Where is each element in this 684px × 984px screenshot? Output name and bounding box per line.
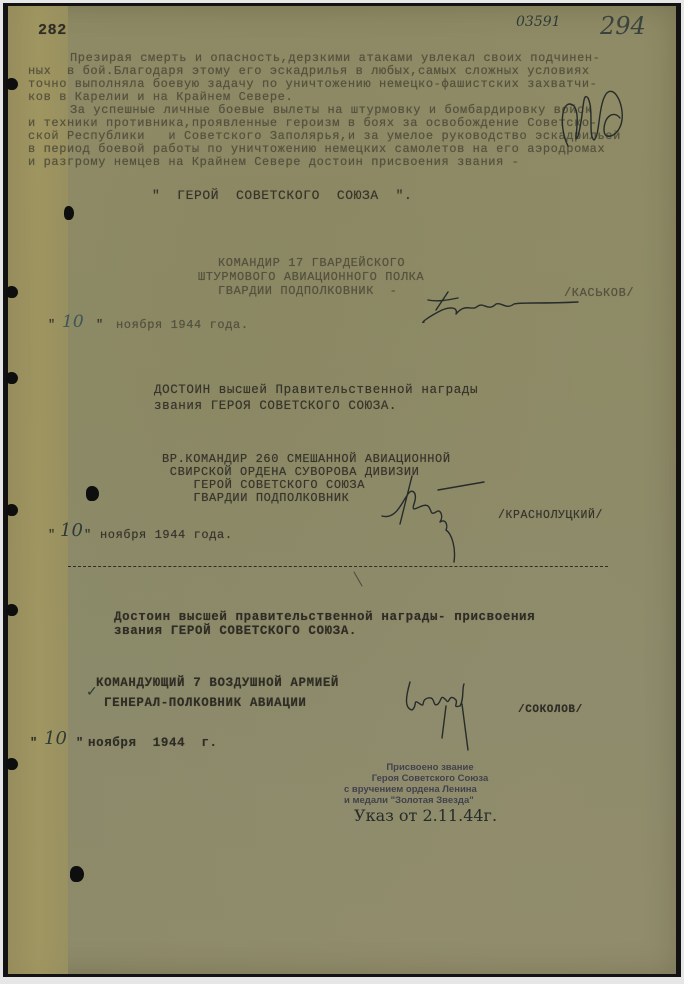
date-3-day: 10 [44, 728, 67, 749]
citation-line: и техники противника,проявленные героизм… [28, 116, 598, 130]
award-stamp-line: и медали "Золотая Звезда" [344, 795, 518, 806]
date-1-rest: ноября 1944 года. [116, 318, 249, 332]
recommendation-2-line: звания ГЕРОЯ СОВЕТСКОГО СОЮЗА. [154, 399, 397, 413]
handwritten-mark-icon [548, 76, 648, 156]
date-2-rest: ноября 1944 года. [100, 528, 233, 542]
separator-line [68, 566, 608, 567]
signature-sokolov [402, 678, 492, 754]
signature-block-3-line: КОМАНДУЮЩИЙ 7 ВОЗДУШНОЙ АРМИЕЙ [96, 676, 339, 690]
recommendation-3-line: звания ГЕРОЙ СОВЕТСКОГО СОЮЗА. [114, 624, 357, 638]
signature-block-3-line: ГЕНЕРАЛ-ПОЛКОВНИК АВИАЦИИ [104, 696, 307, 710]
signature-block-1-line: ШТУРМОВОГО АВИАЦИОННОГО ПОЛКА [198, 270, 424, 284]
citation-line: За успешные личные боевые вылеты на штур… [70, 103, 593, 117]
archive-number: 03591 [516, 14, 561, 30]
citation-line: ской Республики и Советского Заполярья,и… [28, 129, 621, 143]
binding-hole [6, 604, 18, 616]
date-3-quote: " [30, 736, 38, 750]
signature-block-2-name: /КРАСНОЛУЦКИЙ/ [498, 509, 603, 522]
date-3-quote: " [76, 736, 84, 750]
date-1-day: 10 [62, 312, 84, 332]
signature-block-2-line: ВР.КОМАНДИР 260 СМЕШАННОЙ АВИАЦИОННОЙ [162, 452, 451, 466]
binding-hole [86, 486, 99, 501]
binding-hole [6, 286, 18, 298]
citation-line: ных в бой.Благодаря этому его эскадрилья… [28, 64, 590, 78]
signature-block-2-line: ГЕРОЙ СОВЕТСКОГО СОЮЗА [170, 478, 365, 492]
signature-krasnolutsky [378, 472, 488, 568]
binding-hole [6, 372, 18, 384]
binding-hole [70, 866, 84, 882]
pencil-tick-mark [352, 570, 366, 590]
signature-kaskov [418, 288, 588, 328]
citation-line: точно выполняла боевую задачу по уничтож… [28, 77, 598, 91]
citation-line: и разгрому немцев на Крайнем Севере дост… [28, 155, 519, 169]
recommendation-3-line: Достоин высшей правительственной награды… [114, 610, 535, 624]
citation-line: в период боевой работы по уничтожению не… [28, 142, 605, 156]
date-2-quote: " [84, 528, 92, 542]
citation-line: ков в Карелии и на Крайнем Севере. [28, 90, 293, 104]
handwritten-decree: Указ от 2.11.44г. [354, 806, 497, 825]
binding-hole [6, 504, 18, 516]
citation-line: Презирая смерть и опасность,дерзкими ата… [70, 51, 600, 65]
check-mark: ✓ [86, 684, 98, 700]
date-2-quote: " [48, 528, 56, 542]
date-3-rest: ноября 1944 г. [88, 736, 218, 750]
date-2-day: 10 [60, 520, 83, 541]
typed-page-number: 282 [38, 22, 67, 39]
scan-frame: 282 03591 294 Презирая смерть и опасност… [0, 0, 684, 984]
date-1-quote: " [96, 318, 104, 332]
recommendation-2-line: ДОСТОИН высшей Правительственной награды [154, 383, 478, 397]
signature-block-2-line: ГВАРДИИ ПОДПОЛКОВНИК [170, 491, 349, 505]
hero-title-1: " ГЕРОЙ СОВЕТСКОГО СОЮЗА ". [152, 188, 412, 203]
date-1-quote: " [48, 318, 56, 332]
binding-hole [6, 78, 18, 90]
signature-block-1-line: КОМАНДИР 17 ГВАРДЕЙСКОГО [218, 256, 405, 270]
document-page: 282 03591 294 Презирая смерть и опасност… [8, 6, 676, 974]
signature-block-1-line: ГВАРДИИ ПОДПОЛКОВНИК - [218, 284, 397, 298]
award-stamp-line: Героя Советского Союза [342, 773, 518, 784]
sheet-number: 294 [600, 12, 646, 40]
binding-hole [64, 206, 74, 220]
signature-block-3-name: /СОКОЛОВ/ [518, 704, 583, 716]
award-stamp: Присвоено звание Героя Советского Союза … [342, 762, 518, 806]
binding-hole [6, 758, 18, 770]
award-stamp-line: Присвоено звание [342, 762, 518, 773]
award-stamp-line: с вручением ордена Ленина [344, 784, 518, 795]
